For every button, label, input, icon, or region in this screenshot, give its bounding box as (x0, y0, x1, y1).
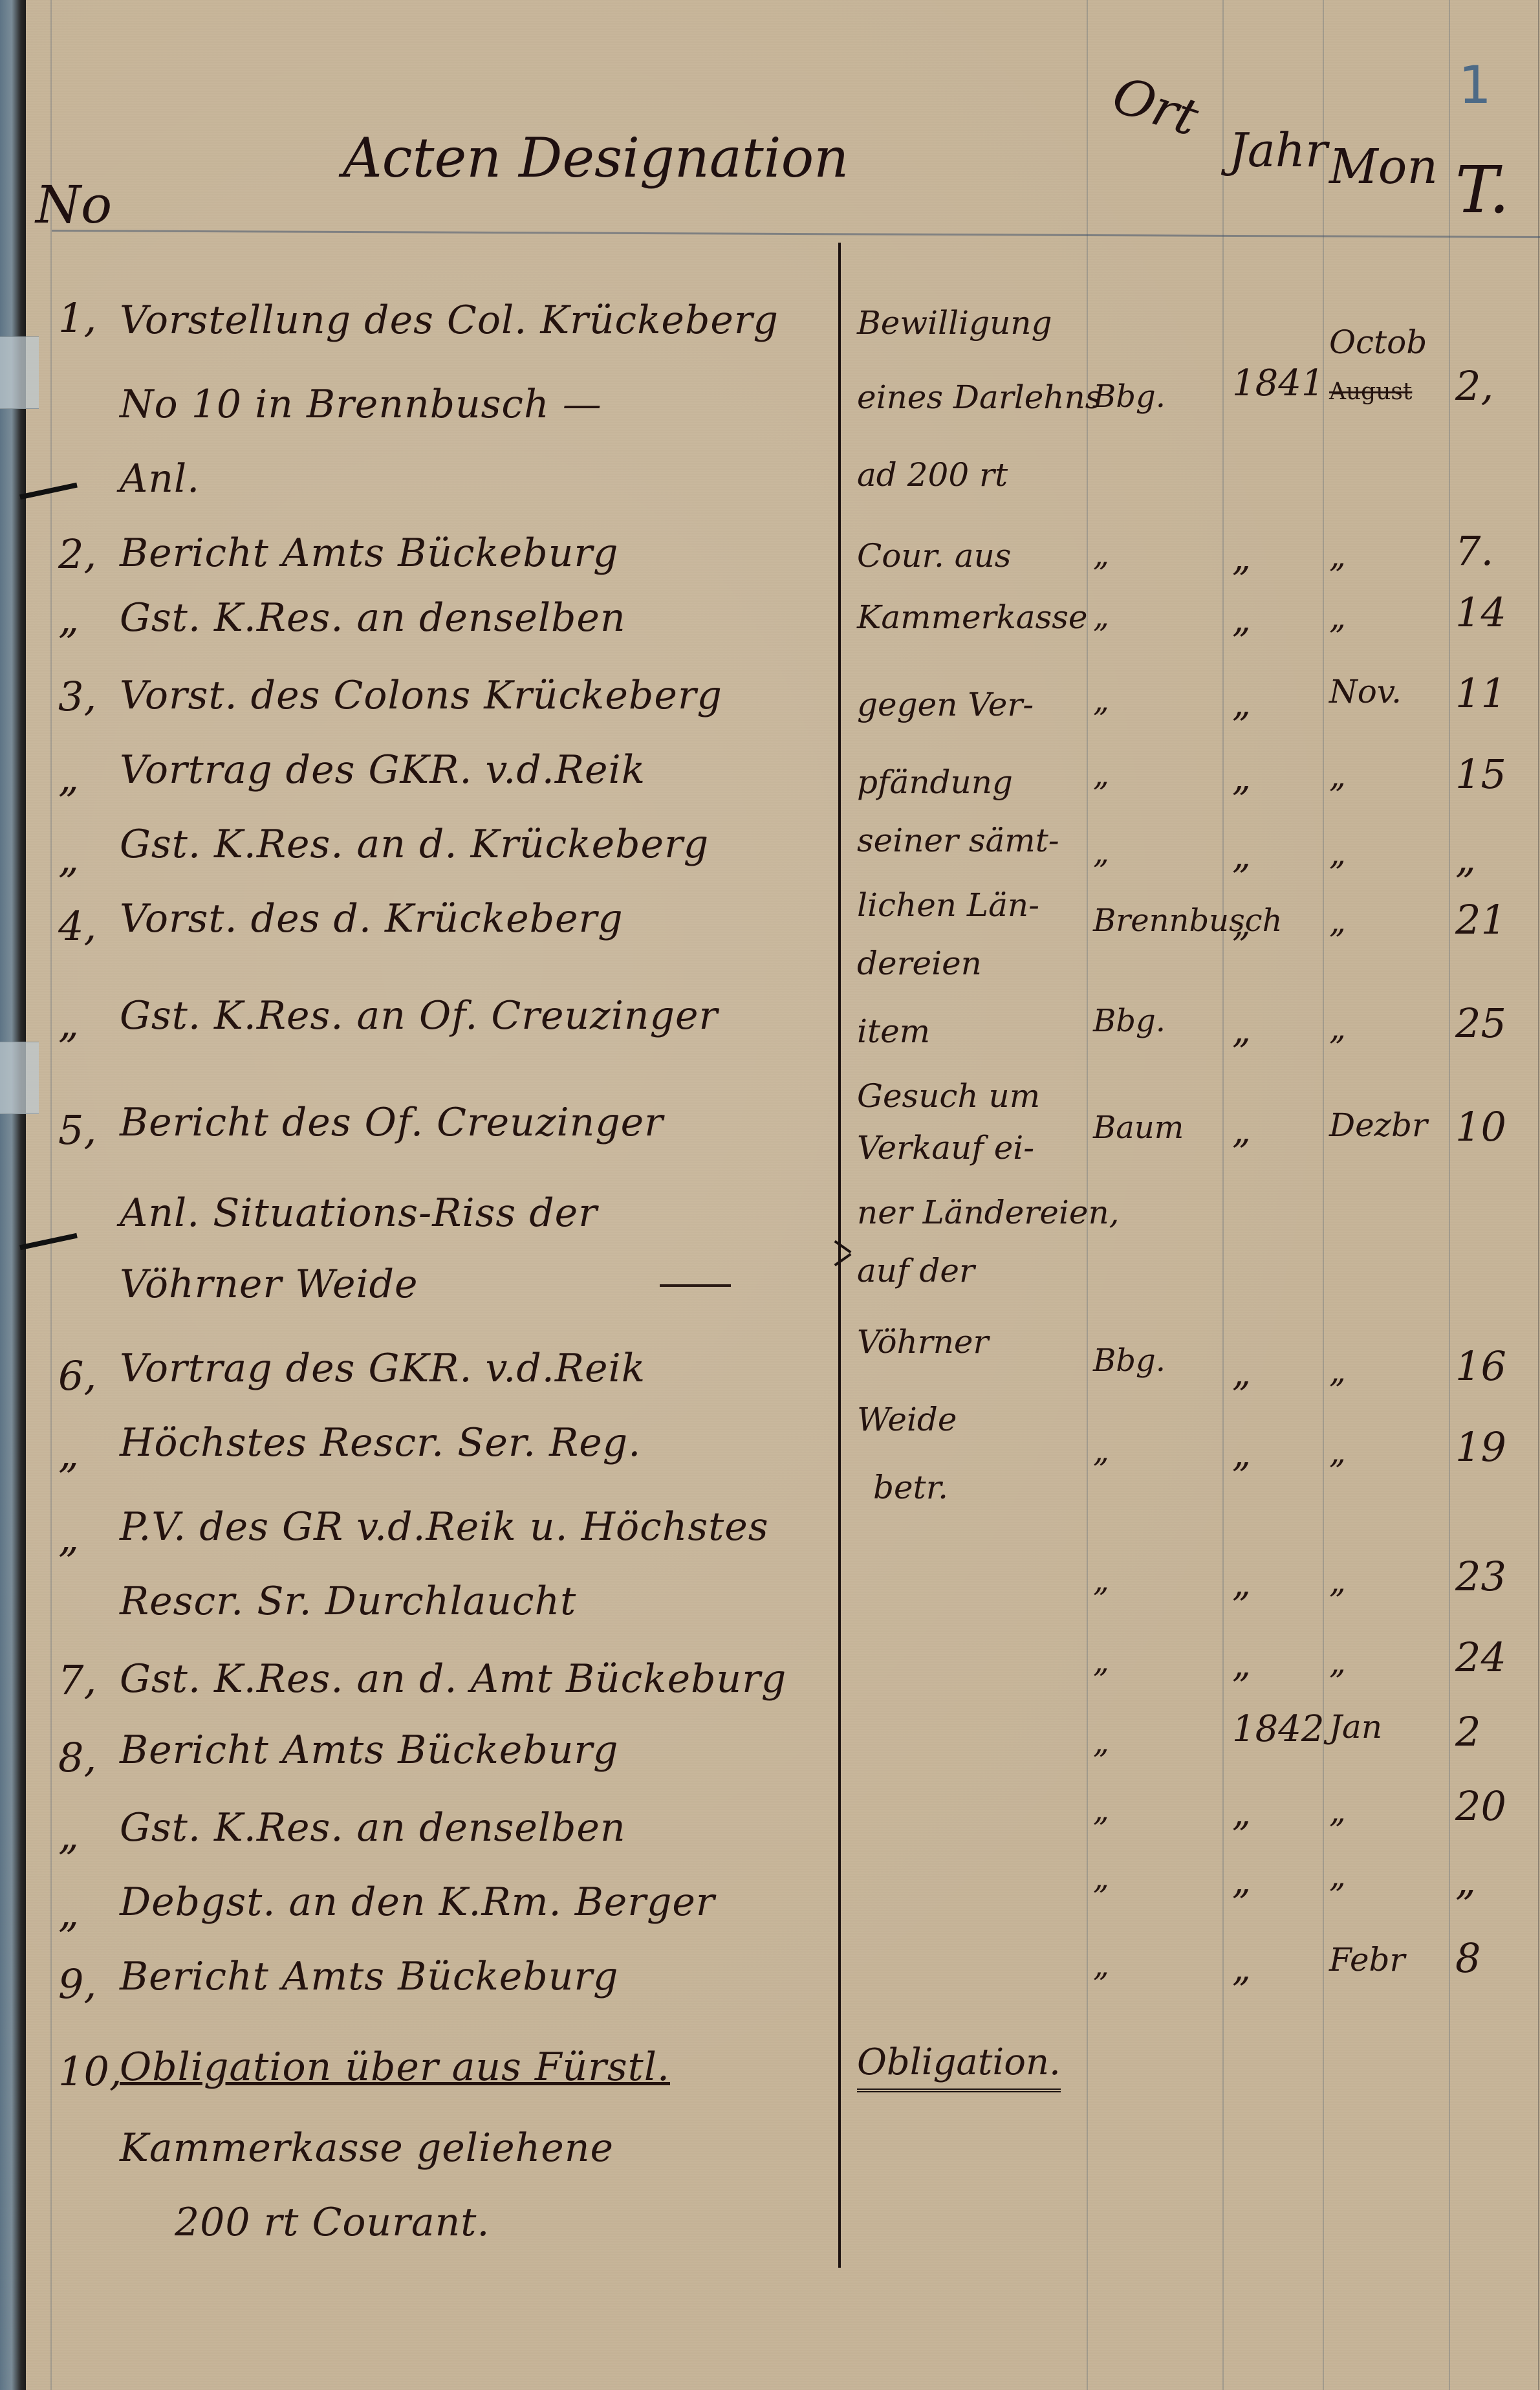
page-edge (1538, 0, 1539, 2390)
summary-line: ner Ländereien, (857, 1194, 1120, 1231)
entry-day: 10 (1455, 1103, 1506, 1150)
entry-day: 19 (1455, 1423, 1506, 1471)
entry-text: Höchstes Rescr. Ser. Reg. (120, 1420, 641, 1465)
entry-number: 4, (58, 903, 96, 950)
entry-place: „ (1093, 537, 1109, 573)
summary-line: item (857, 1013, 930, 1050)
summary-obligation: Obligation. (857, 2041, 1061, 2083)
entry-day: 15 (1455, 751, 1506, 798)
entry-text: No 10 in Brennbusch — (120, 382, 602, 427)
entry-year: „ (1232, 1947, 1251, 1990)
entry-month: „ (1329, 1792, 1346, 1830)
page-number: 1 (1459, 55, 1491, 115)
entry-text: Bericht des Of. Creuzinger (120, 1100, 664, 1145)
entry-place: „ (1093, 1947, 1109, 1984)
entry-year: „ (1232, 1792, 1251, 1834)
entry-number: 7, (58, 1656, 96, 1704)
entry-number: „ (58, 1000, 79, 1047)
entry-year: „ (1232, 1860, 1251, 1902)
entry-year: „ (1232, 598, 1251, 641)
summary-line: seiner sämt- (857, 822, 1059, 859)
entry-place: Bbg. (1093, 378, 1166, 415)
entry-text-underlined: Obligation über aus Fürstl. (120, 2045, 670, 2090)
entry-text: Vortrag des GKR. v.d.Reik (120, 747, 645, 793)
entry-text: Vortrag des GKR. v.d.Reik (120, 1346, 645, 1391)
entry-text: Bericht Amts Bückeburg (120, 1727, 618, 1773)
entry-year: „ (1232, 683, 1251, 725)
entry-day: 11 (1455, 670, 1506, 717)
entry-year: „ (1232, 903, 1251, 945)
entry-text: Gst. K.Res. an denselben (120, 1805, 626, 1850)
summary-line: auf der (857, 1252, 975, 1289)
summary-line: Weide (857, 1401, 957, 1438)
column-rule-jahr (1222, 0, 1224, 2390)
entry-day: 2 (1455, 1708, 1480, 1755)
entry-text: Anl. Situations-Riss der (120, 1190, 598, 1236)
entry-year: „ (1232, 1562, 1251, 1605)
entry-year: „ (1232, 1009, 1251, 1051)
entry-month: „ (1329, 757, 1346, 795)
entry-year: 1842 (1232, 1708, 1325, 1750)
entry-text: 200 rt Courant. (175, 2200, 490, 2245)
entry-text: Vorstellung des Col. Krückeberg (120, 298, 779, 343)
entry-text: Bericht Amts Bückeburg (120, 1954, 618, 1999)
summary-line: gegen Ver- (857, 686, 1034, 723)
entry-month: „ (1329, 1643, 1346, 1681)
entry-month: „ (1329, 1433, 1346, 1471)
entry-number: „ (58, 835, 79, 882)
entry-number: „ (58, 1812, 79, 1859)
entry-place: „ (1093, 1860, 1109, 1896)
entry-month: „ (1329, 598, 1346, 636)
entry-place: „ (1093, 757, 1109, 793)
summary-line: Gesuch um (857, 1077, 1040, 1115)
summary-line: dereien (857, 945, 982, 982)
entry-number: 6, (58, 1352, 96, 1399)
entry-place: „ (1093, 1792, 1109, 1828)
header-mon: Mon (1329, 139, 1438, 195)
entry-number: „ (58, 1430, 79, 1477)
entry-place: „ (1093, 1433, 1109, 1469)
entry-number: „ (58, 1889, 79, 1936)
entry-day: 25 (1455, 1000, 1506, 1047)
entry-year: „ (1232, 1352, 1251, 1394)
entry-year: „ (1232, 835, 1251, 877)
entry-text: Vöhrner Weide (120, 1262, 418, 1307)
entry-text: Gst. K.Res. an d. Krückeberg (120, 822, 709, 867)
entry-text: P.V. des GR v.d.Reik u. Höchstes (120, 1504, 769, 1550)
entry-day: „ (1455, 835, 1476, 882)
entry-place: „ (1093, 598, 1109, 635)
entry-text: Anl. (120, 456, 200, 501)
entry-place: Bbg. (1093, 1003, 1166, 1039)
entry-text: Gst. K.Res. an Of. Creuzinger (120, 993, 718, 1038)
entry-month: „ (1329, 537, 1346, 575)
summary-line: Bewilligung (857, 304, 1052, 342)
entry-month: Dezbr (1329, 1106, 1427, 1144)
entry-year: „ (1232, 1643, 1251, 1685)
entry-number: 2, (58, 531, 96, 578)
entry-month: „ (1329, 903, 1346, 940)
header-title: Acten Designation (343, 126, 849, 190)
entry-month: Jan (1329, 1708, 1382, 1746)
entry-place: „ (1093, 835, 1109, 871)
entry-text: Bericht Amts Bückeburg (120, 531, 618, 576)
margin-rule (50, 0, 52, 2390)
summary-line: Cour. aus (857, 537, 1011, 575)
entry-place: „ (1093, 1562, 1109, 1599)
summary-line: ad 200 rt (857, 456, 1008, 494)
entry-month: „ (1329, 1009, 1346, 1047)
entry-place: Bbg. (1093, 1343, 1166, 1379)
entry-place: „ (1093, 1643, 1109, 1680)
entry-day: 14 (1455, 589, 1506, 636)
entry-text: Vorst. des Colons Krückeberg (120, 673, 722, 718)
summary-line: lichen Län- (857, 886, 1039, 924)
entry-text: Gst. K.Res. an denselben (120, 595, 626, 641)
entry-number: 9, (58, 1960, 96, 2008)
entry-day: 8 (1455, 1935, 1480, 1982)
entry-day: 21 (1455, 896, 1506, 943)
entry-number: 8, (58, 1734, 96, 1781)
tape-strip (0, 1042, 39, 1114)
entry-place: Baum (1093, 1110, 1184, 1146)
entry-number: „ (58, 1514, 79, 1561)
entry-text: Obligation über aus Fürstl. (120, 2045, 670, 2090)
entry-day: „ (1455, 1857, 1476, 1904)
entry-place: Brennbusch (1093, 903, 1283, 939)
entry-month-struck: August (1329, 378, 1412, 405)
entry-day: 16 (1455, 1343, 1506, 1390)
entry-text: Vorst. des d. Krückeberg (120, 896, 624, 941)
filler-dash (660, 1284, 731, 1287)
summary-line: Verkauf ei- (857, 1129, 1034, 1167)
entry-number: 10, (58, 2048, 122, 2095)
summary-line: eines Darlehns (857, 378, 1101, 416)
summary-line: Kammerkasse (857, 598, 1088, 636)
entry-text: Gst. K.Res. an d. Amt Bückeburg (120, 1656, 786, 1702)
entry-number: 3, (58, 673, 96, 720)
entry-year: „ (1232, 1110, 1251, 1152)
entry-place: „ (1093, 1724, 1109, 1760)
entry-month: „ (1329, 1562, 1346, 1600)
summary-line: Vöhrner (857, 1323, 988, 1361)
entry-day: 20 (1455, 1782, 1506, 1830)
entry-day: 2, (1455, 362, 1493, 410)
entry-number: „ (58, 754, 79, 801)
entry-year: „ (1232, 1433, 1251, 1475)
entry-number: 5, (58, 1106, 96, 1154)
entry-text: Kammerkasse geliehene (120, 2125, 614, 2171)
entry-month: Nov. (1329, 673, 1402, 710)
column-rule-tag (1449, 0, 1450, 2390)
entry-year: „ (1232, 537, 1251, 579)
entry-month: „ (1329, 1857, 1346, 1894)
entry-day: 23 (1455, 1553, 1506, 1600)
entry-month: „ (1329, 835, 1346, 872)
tape-strip (0, 336, 39, 409)
entry-month: „ (1329, 1352, 1346, 1390)
summary-line: Obligation. (857, 2041, 1061, 2092)
entry-number: „ (58, 595, 79, 642)
entry-year: „ (1232, 757, 1251, 799)
header-no: No (36, 175, 112, 235)
entry-month: Octob (1329, 323, 1427, 361)
column-divider-brace (838, 243, 841, 2268)
entry-text: Rescr. Sr. Durchlaucht (120, 1579, 576, 1624)
entry-day: 24 (1455, 1634, 1506, 1681)
header-jahr: Jahr (1229, 123, 1328, 177)
entry-year: 1841 (1232, 362, 1325, 404)
entry-text: Debgst. an den K.Rm. Berger (120, 1880, 715, 1925)
column-rule-mon (1323, 0, 1324, 2390)
entry-day: 7. (1455, 527, 1493, 575)
entry-place: „ (1093, 683, 1109, 719)
summary-line: betr. (873, 1469, 948, 1506)
entry-number: 1, (58, 294, 96, 342)
header-tag: T. (1455, 152, 1510, 228)
entry-month: Febr (1329, 1941, 1405, 1979)
summary-line: pfändung (857, 763, 1013, 801)
